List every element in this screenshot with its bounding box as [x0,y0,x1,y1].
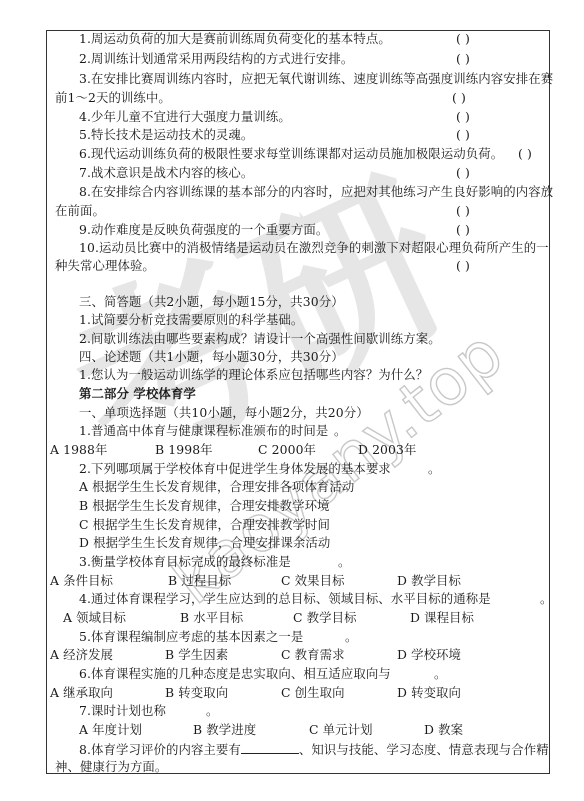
judgment-question-2: 2.周训练计划通常采用两段结构的方式进行安排。 [79,51,353,67]
mcq-4-option-a[interactable]: A 领域目标 [63,610,126,626]
mcq-question-6-end-mark: 。 [434,666,447,682]
mcq-5-option-c[interactable]: C 教育需求 [281,647,345,663]
mcq-question-5-end-mark: 。 [345,629,358,645]
mcq-1-option-c[interactable]: C 2000年 [258,442,316,458]
mcq-question-4-stem: 4.通过体育课程学习，学生应达到的总目标、领域目标、水平目标的通称是 [79,591,491,607]
mcq-3-option-c[interactable]: C 效果目标 [281,573,345,589]
mcq-6-option-c[interactable]: C 创生取向 [281,685,345,701]
mcq-1-option-a[interactable]: A 1988年 [50,442,108,458]
mcq-question-1-end-mark: 。 [334,423,347,439]
mcq-question-8-continuation: 神、健康行为方面。 [55,759,167,775]
mcq-1-option-d[interactable]: D 2003年 [358,442,417,458]
mcq-2-option-a[interactable]: A 根据学生生长发育规律，合理安排各项体育活动 [79,479,354,495]
judgment-question-8-continuation: 在前面。 [55,203,105,219]
answer-box-2[interactable]: ( ) [456,51,470,67]
mcq-question-3-end-mark: 。 [338,554,351,570]
short-answer-heading: 三、简答题（共2小题，每小题15分，共30分） [79,294,344,310]
mcq-7-option-a[interactable]: A 年度计划 [79,722,142,738]
mcq-question-3-stem: 3.衡量学校体育目标完成的最终标准是 [79,554,291,570]
mcq-6-option-a[interactable]: A 继承取向 [50,685,113,701]
mcq-2-option-c[interactable]: C 根据学生生长发育规律，合理安排教学时间 [79,517,330,533]
mcq-4-option-d[interactable]: D 课程目标 [410,610,474,626]
judgment-question-10: 10.运动员比赛中的消极情绪是运动员在激烈竞争的刺激下对超限心理负荷所产生的一 [79,240,549,256]
judgment-question-3-continuation: 前1～2天的训练中。 [55,90,171,106]
mcq-question-2-stem: 2.下列哪项属于学校体育中促进学生身体发展的基本要求 [79,461,391,477]
judgment-question-4: 4.少年儿童不宜进行大强度力量训练。 [79,109,291,125]
mcq-3-option-a[interactable]: A 条件目标 [50,573,113,589]
mcq-question-6-stem: 6.体育课程实施的几种态度是忠实取向、相互适应取向与 [79,666,391,682]
answer-box-4[interactable]: ( ) [456,109,470,125]
answer-box-1[interactable]: ( ) [456,31,470,47]
mcq-question-2-end-mark: 。 [428,461,441,477]
mcq-1-option-b[interactable]: B 1998年 [155,442,213,458]
fill-in-blank[interactable] [241,741,299,754]
mcq-2-option-b[interactable]: B 根据学生生长发育规律，合理安排教学环境 [79,498,330,514]
answer-box-9[interactable]: ( ) [456,222,470,238]
mcq-question-7-end-mark: 。 [206,703,219,719]
mcq-6-option-b[interactable]: B 转变取向 [165,685,228,701]
mcq-7-option-c[interactable]: C 单元计划 [309,722,373,738]
judgment-question-9: 9.动作难度是反映负荷强度的一个重要方面。 [79,222,328,238]
essay-heading: 四、论述题（共1小题，每小题30分，共30分） [79,349,344,365]
short-answer-question-1: 1.试简要分析竞技需要原则的科学基础。 [79,312,303,328]
mcq-3-option-b[interactable]: B 过程目标 [168,573,231,589]
mcq-7-option-d[interactable]: D 教案 [424,722,463,738]
judgment-question-5: 5.特长技术是运动技术的灵魂。 [79,127,253,143]
answer-box-7[interactable]: ( ) [456,165,470,181]
mcq-question-5-stem: 5.体育课程编制应考虑的基本因素之一是 [79,629,303,645]
mcq-question-1-stem: 1.普通高中体育与健康课程标准颁布的时间是 [79,423,328,439]
essay-question-1: 1.您认为一般运动训练学的理论体系应包括哪些内容？为什么？ [79,367,428,383]
mcq-question-4-end-mark: 。 [540,591,553,607]
mcq-question-7-stem: 7.课时计划也称 [79,703,166,719]
mcq-question-8-stem: 8.体育学习评价的内容主要有、知识与技能、学习态度、情意表现与合作精 [79,741,549,758]
judgment-question-3: 3.在安排比赛周训练内容时，应把无氧代谢训练、速度训练等高强度训练内容安排在赛 [79,71,553,87]
mcq-section-heading: 一、单项选择题（共10小题，每小题2分，共20分） [79,405,369,421]
judgment-question-7: 7.战术意识是战术内容的核心。 [79,165,253,181]
mcq-6-option-d[interactable]: D 转变取向 [397,685,461,701]
mcq-4-option-c[interactable]: C 教学目标 [293,610,357,626]
mcq-5-option-d[interactable]: D 学校环境 [397,647,461,663]
judgment-question-1: 1.周运动负荷的加大是赛前训练周负荷变化的基本特点。 [79,31,391,47]
answer-box-10[interactable]: ( ) [456,258,470,274]
mcq-2-option-d[interactable]: D 根据学生生长发育规律，合理安排课余活动 [79,535,330,551]
answer-box-5[interactable]: ( ) [456,127,470,143]
answer-box-8[interactable]: ( ) [456,203,470,219]
answer-box-3[interactable]: ( ) [452,90,466,106]
judgment-question-6: 6.现代运动训练负荷的极限性要求每堂训练课都对运动员施加极限运动负荷。 [79,146,503,162]
mcq-5-option-b[interactable]: B 学生因素 [165,647,228,663]
part-two-title: 第二部分 学校体育学 [79,386,196,402]
mcq-7-option-b[interactable]: B 教学进度 [193,722,256,738]
mcq-3-option-d[interactable]: D 教学目标 [397,573,461,589]
judgment-question-8: 8.在安排综合内容训练课的基本部分的内容时，应把对其他练习产生良好影响的内容放 [79,184,553,200]
mcq-5-option-a[interactable]: A 经济发展 [50,647,113,663]
short-answer-question-2: 2.间歇训练法由哪些要素构成？请设计一个高强性间歇训练方案。 [79,331,441,347]
mcq-4-option-b[interactable]: B 水平目标 [180,610,243,626]
judgment-question-10-continuation: 种失常心理体验。 [55,258,155,274]
answer-box-6[interactable]: ( ) [518,146,532,162]
